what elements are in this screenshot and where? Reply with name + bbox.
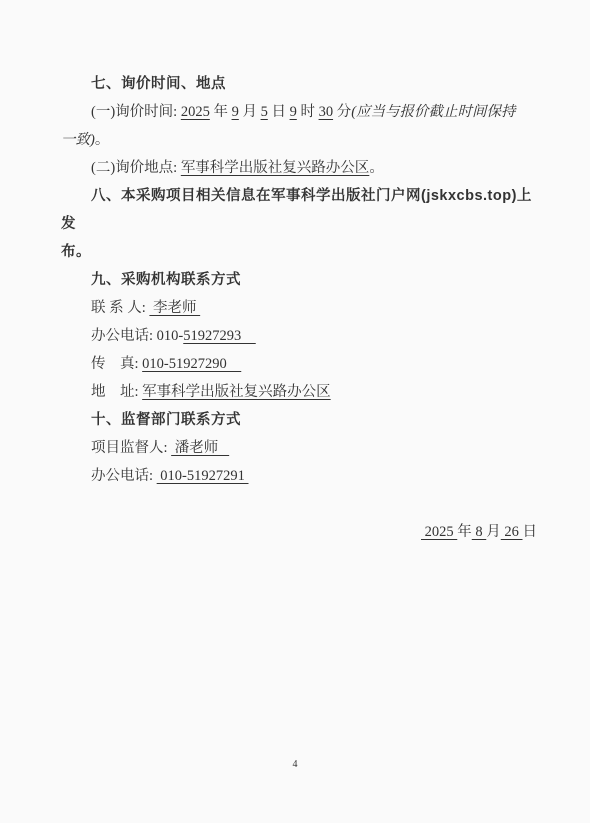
- address-label: 地 址:: [91, 384, 139, 400]
- document-page: 七、询价时间、地点 (一)询价时间: 2025 年 9 月 5 日 9 时 30…: [0, 0, 590, 823]
- fax-row: 传 真: 010-51927290: [61, 350, 537, 378]
- inquiry-time-label: (一)询价时间:: [91, 104, 177, 120]
- supervisor-blank: 潘老师: [171, 440, 229, 456]
- day-unit: 日: [271, 104, 286, 120]
- inquiry-place-blank: 军事科学出版社复兴路办公区: [181, 160, 370, 176]
- inquiry-time-month-blank: 9: [232, 104, 239, 120]
- date-day-blank: 26: [501, 524, 523, 540]
- inquiry-time-line: (一)询价时间: 2025 年 9 月 5 日 9 时 30 分(应当与报价截止…: [61, 98, 537, 126]
- inquiry-time-period: 。: [95, 132, 110, 148]
- supervisor-row: 项目监督人: 潘老师: [61, 434, 537, 462]
- supervisor-phone-label: 办公电话:: [91, 468, 153, 484]
- office-phone-label: 办公电话:: [91, 328, 153, 344]
- inquiry-time-note-part2: 一致): [61, 132, 95, 148]
- inquiry-place-period: 。: [369, 160, 384, 176]
- date-month-blank: 8: [472, 524, 487, 540]
- date-year-blank: 2025: [421, 524, 457, 540]
- office-phone-prefix: 010-: [157, 328, 184, 344]
- signature-date-line: 2025 年 8 月 26 日: [61, 518, 537, 546]
- inquiry-place-label: (二)询价地点:: [91, 160, 177, 176]
- year-unit: 年: [213, 104, 228, 120]
- date-year-unit: 年: [457, 524, 472, 540]
- inquiry-time-minute-blank: 30: [319, 104, 334, 120]
- document-content: 七、询价时间、地点 (一)询价时间: 2025 年 9 月 5 日 9 时 30…: [0, 0, 590, 546]
- fax-label: 传 真:: [91, 356, 139, 372]
- inquiry-time-note-part1: (应当与报价截止时间保持: [351, 104, 515, 120]
- inquiry-time-wrap-line: 一致)。: [61, 126, 537, 154]
- address-blank: 军事科学出版社复兴路办公区: [142, 384, 331, 400]
- section9-heading: 九、采购机构联系方式: [61, 266, 537, 294]
- contact-name-blank: 李老师: [149, 300, 200, 316]
- supervisor-phone-row: 办公电话: 010-51927291: [61, 462, 537, 490]
- section7-heading: 七、询价时间、地点: [61, 70, 537, 98]
- inquiry-time-year-blank: 2025: [181, 104, 210, 120]
- inquiry-place-line: (二)询价地点: 军事科学出版社复兴路办公区。: [61, 154, 537, 182]
- page-number: 4: [0, 759, 590, 770]
- date-day-unit: 日: [523, 524, 538, 540]
- office-phone-row: 办公电话: 010-51927293: [61, 322, 537, 350]
- minute-unit: 分: [337, 104, 352, 120]
- supervisor-phone-blank: 010-51927291: [157, 468, 249, 484]
- address-row: 地 址: 军事科学出版社复兴路办公区: [61, 378, 537, 406]
- office-phone-blank: 51927293: [183, 328, 256, 344]
- section8-line2: 布。: [61, 238, 537, 266]
- hour-unit: 时: [300, 104, 315, 120]
- supervisor-label: 项目监督人:: [91, 440, 168, 456]
- inquiry-time-day-blank: 5: [261, 104, 268, 120]
- contact-name-row: 联 系 人: 李老师: [61, 294, 537, 322]
- month-unit: 月: [242, 104, 257, 120]
- inquiry-time-hour-blank: 9: [290, 104, 297, 120]
- section10-heading: 十、监督部门联系方式: [61, 406, 537, 434]
- date-month-unit: 月: [486, 524, 501, 540]
- fax-blank: 010-51927290: [142, 356, 241, 372]
- section8-line1: 八、本采购项目相关信息在军事科学出版社门户网(jskxcbs.top)上发: [61, 182, 537, 238]
- contact-name-label: 联 系 人:: [91, 300, 146, 316]
